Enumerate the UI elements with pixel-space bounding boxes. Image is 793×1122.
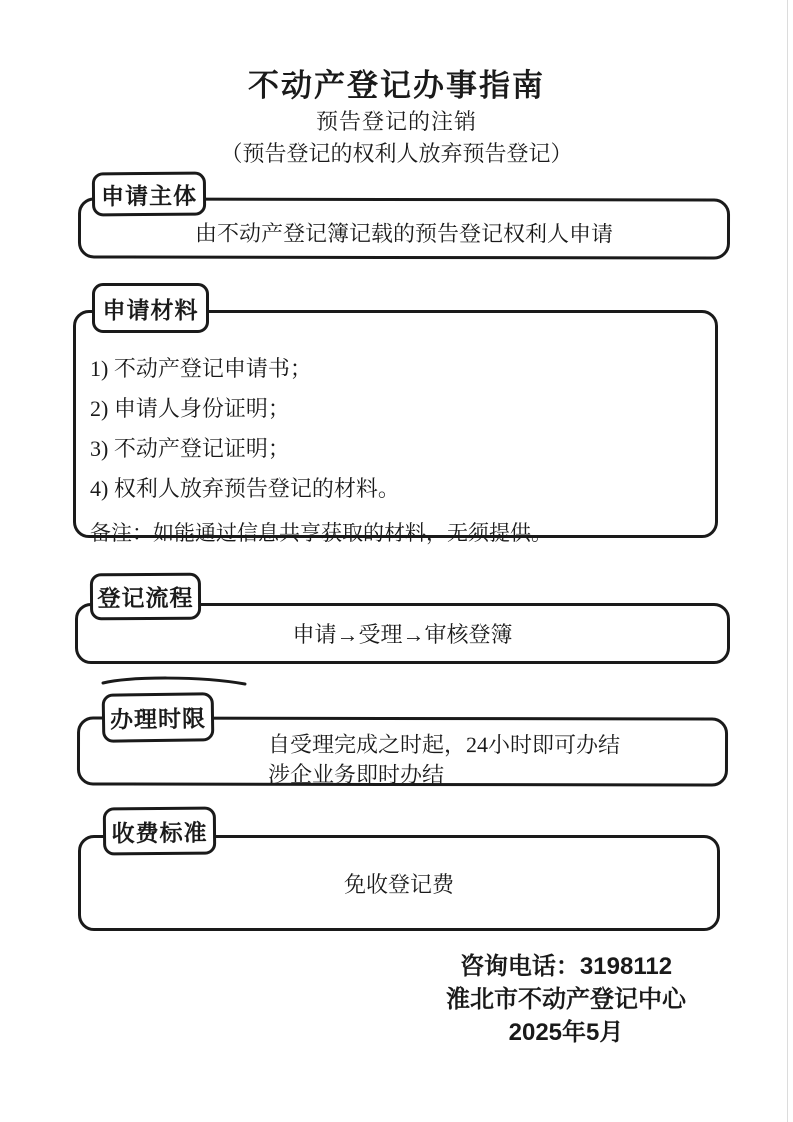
section-label-text: 申请主体 [101,177,197,211]
section-box-materials: 1) 不动产登记申请书； 2) 申请人身份证明； 3) 不动产登记证明； 4) … [73,310,718,538]
list-item: 2) 申请人身份证明； [90,389,697,429]
list-item: 4) 权利人放弃预告登记的材料。 [90,469,697,509]
footer-date: 2025年5月 [346,1016,786,1049]
footer-phone: 咨询电话：3198112 [346,950,786,983]
document-page: 不动产登记办事指南 预告登记的注销 （预告登记的权利人放弃预告登记） 申请主体 … [0,0,793,1122]
section-label-materials: 申请材料 [92,283,209,333]
section-label-text: 申请材料 [103,292,199,325]
stray-stroke-line [100,674,248,690]
time-limit-line: 涉企业务即时办结 [268,760,725,791]
section-label-text: 收费标准 [111,814,207,848]
materials-note: 备注：如能通过信息共享获取的材料，无须提供。 [90,521,697,545]
scan-edge-line [787,0,788,1122]
list-item: 3) 不动产登记证明； [90,429,697,469]
footer-organization: 淮北市不动产登记中心 [346,983,786,1016]
page-subtitle-parenthetical: （预告登记的权利人放弃预告登记） [0,137,793,168]
footer: 咨询电话：3198112 淮北市不动产登记中心 2025年5月 [346,950,786,1049]
time-limit-line: 自受理完成之时起，24小时即可办结 [268,730,725,761]
section-label-text: 登记流程 [97,580,193,614]
page-subtitle: 预告登记的注销 [0,105,793,136]
section-label-process: 登记流程 [90,573,201,621]
list-item: 1) 不动产登记申请书； [90,349,697,389]
section-label-text: 办理时限 [110,700,206,734]
materials-list: 1) 不动产登记申请书； 2) 申请人身份证明； 3) 不动产登记证明； 4) … [76,313,715,545]
section-label-time-limit: 办理时限 [102,692,215,743]
page-title: 不动产登记办事指南 [0,60,793,105]
section-label-fees: 收费标准 [103,807,216,856]
section-label-applicant: 申请主体 [92,172,206,217]
